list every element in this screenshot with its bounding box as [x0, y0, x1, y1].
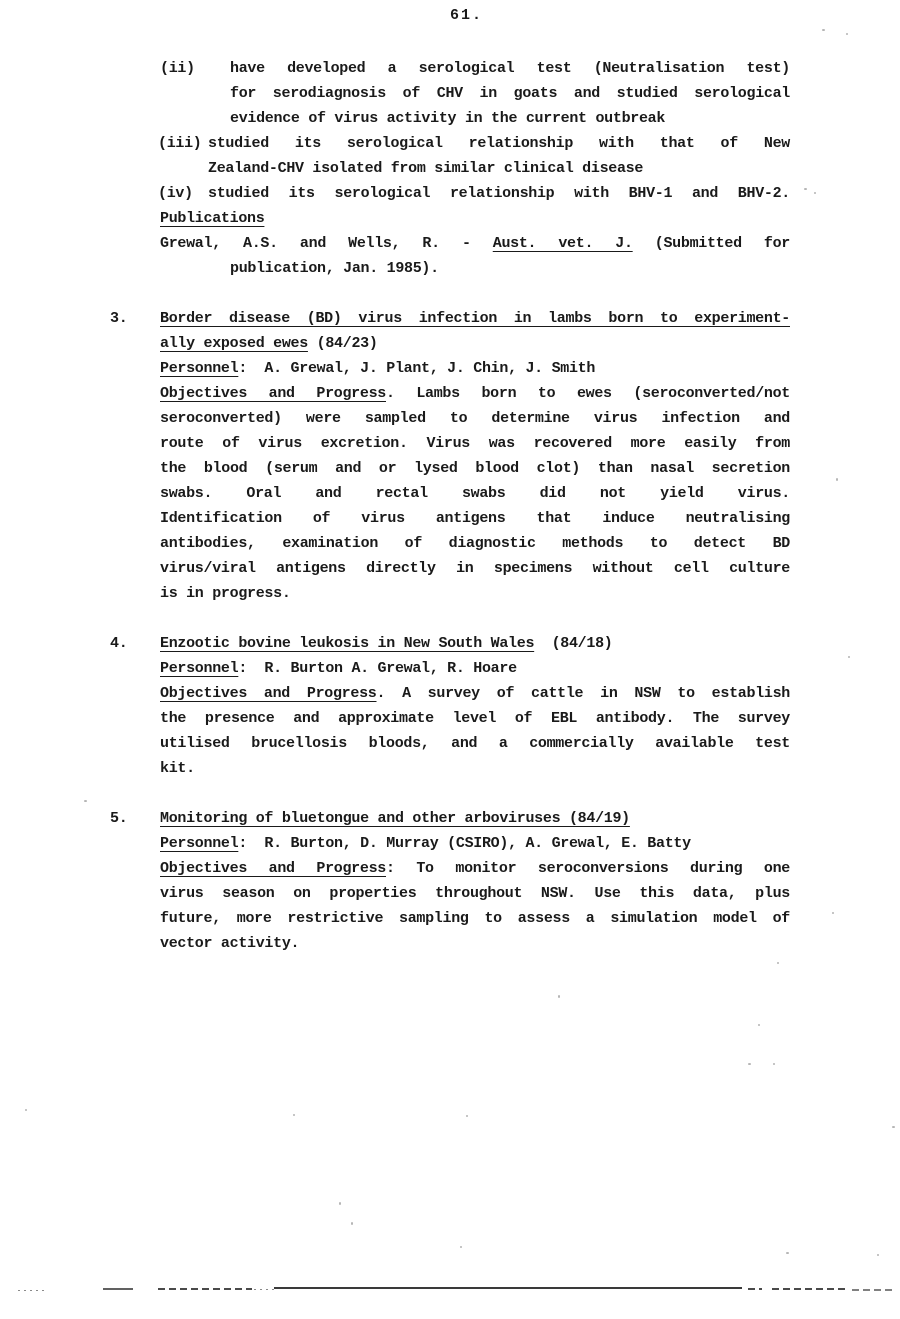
text-line: route of virus excretion. Virus was reco… [160, 431, 790, 456]
text-segment: Objectives and Progress [160, 385, 386, 402]
text-segment: : R. Burton A. Grewal, R. Hoare [238, 660, 516, 677]
text-line: (ii)have developed a serological test (N… [230, 56, 790, 81]
text-line: ally exposed ewes (84/23) [160, 331, 790, 356]
text-line: for serodiagnosis of CHV in goats and st… [230, 81, 790, 106]
text-segment: seroconverted) were sampled to determine… [160, 410, 790, 427]
text-segment: route of virus excretion. Virus was reco… [160, 435, 790, 452]
text-line: (iv)studied its serological relationship… [208, 181, 790, 206]
text-segment: . A survey of cattle in NSW to establish [377, 685, 791, 702]
blank-line [0, 281, 900, 306]
text-segment: Identification of virus antigens that in… [160, 510, 790, 527]
scan-rule-segment [158, 1288, 252, 1290]
text-segment: Publications [160, 210, 264, 227]
text-line: Objectives and Progress. A survey of cat… [160, 681, 790, 706]
text-line: publication, Jan. 1985). [230, 256, 790, 281]
scan-speckle [814, 192, 816, 194]
page-number: 61. [450, 7, 483, 24]
text-segment: studied its serological relationship wit… [208, 185, 790, 202]
text-segment: (84/18) [534, 635, 612, 652]
document-body: (ii)have developed a serological test (N… [0, 56, 900, 956]
text-segment: have developed a serological test (Neutr… [230, 60, 790, 77]
scan-speckle [748, 1063, 751, 1065]
text-segment: antibodies, examination of diagnostic me… [160, 535, 790, 552]
text-line: kit. [160, 756, 790, 781]
list-marker: (iii) [158, 131, 202, 156]
scan-speckle [558, 995, 560, 998]
section-number: 5. [110, 806, 127, 831]
scan-speckle [892, 1126, 895, 1128]
text-line: Grewal, A.S. and Wells, R. - Aust. vet. … [160, 231, 790, 256]
text-segment: : A. Grewal, J. Plant, J. Chin, J. Smith [238, 360, 595, 377]
text-segment: studied its serological relationship wit… [208, 135, 790, 152]
text-line: evidence of virus activity in the curren… [230, 106, 790, 131]
text-line: virus/viral antigens directly in specime… [160, 556, 790, 581]
text-line: utilised brucellosis bloods, and a comme… [160, 731, 790, 756]
text-segment: Border disease (BD) virus infection in l… [160, 310, 790, 327]
text-segment: for serodiagnosis of CHV in goats and st… [230, 85, 790, 102]
scan-speckle [786, 1252, 789, 1254]
text-segment: Grewal, A.S. and Wells, R. - [160, 235, 493, 252]
blank-line [0, 781, 900, 806]
text-line: Personnel: R. Burton A. Grewal, R. Hoare [160, 656, 790, 681]
scan-speckle [460, 1246, 462, 1248]
document-page: 61. (ii)have developed a serological tes… [0, 0, 900, 1319]
text-segment: publication, Jan. 1985). [230, 260, 439, 277]
text-segment: : To monitor seroconversions during one [386, 860, 790, 877]
text-line: seroconverted) were sampled to determine… [160, 406, 790, 431]
text-segment: . Lambs born to ewes (seroconverted/not [386, 385, 790, 402]
scan-rule-segment [103, 1288, 133, 1290]
text-segment: Personnel [160, 360, 238, 377]
text-segment: Personnel [160, 835, 238, 852]
text-segment: swabs. Oral and rectal swabs did not yie… [160, 485, 790, 502]
scan-speckle [836, 478, 838, 481]
list-marker: (ii) [160, 56, 195, 81]
scan-speckle [822, 29, 825, 31]
scan-speckle [351, 1222, 353, 1225]
scan-rule-segment [772, 1288, 846, 1290]
scan-speckle [773, 1063, 775, 1065]
text-line: 5.Monitoring of bluetongue and other arb… [160, 806, 790, 831]
section-number: 4. [110, 631, 127, 656]
scan-speckle [832, 912, 834, 914]
text-segment: Zealand-CHV isolated from similar clinic… [208, 160, 643, 177]
text-segment: Objectives and Progress [160, 860, 386, 877]
text-segment: Objectives and Progress [160, 685, 377, 702]
text-line: (iii)studied its serological relationshi… [208, 131, 790, 156]
text-segment: ally exposed ewes [160, 335, 308, 352]
text-line: Objectives and Progress. Lambs born to e… [160, 381, 790, 406]
text-line: Identification of virus antigens that in… [160, 506, 790, 531]
scan-rule-segment [274, 1287, 742, 1289]
text-line: Zealand-CHV isolated from similar clinic… [208, 156, 790, 181]
text-segment: the blood (serum and or lysed blood clot… [160, 460, 790, 477]
scan-rule-segment [18, 1290, 46, 1291]
scan-speckle [339, 1202, 341, 1205]
text-segment: virus/viral antigens directly in specime… [160, 560, 790, 577]
text-segment: utilised brucellosis bloods, and a comme… [160, 735, 790, 752]
scan-speckle [758, 1024, 760, 1026]
text-line: the blood (serum and or lysed blood clot… [160, 456, 790, 481]
text-segment: (84/23) [308, 335, 378, 352]
list-marker: (iv) [158, 181, 193, 206]
text-line: Personnel: A. Grewal, J. Plant, J. Chin,… [160, 356, 790, 381]
scan-speckle [84, 800, 87, 802]
text-segment: : R. Burton, D. Murray (CSIRO), A. Grewa… [238, 835, 690, 852]
scan-speckle [848, 656, 850, 658]
text-segment: Enzootic bovine leukosis in New South Wa… [160, 635, 534, 652]
text-segment: Aust. vet. J. [493, 235, 633, 252]
scan-speckle [466, 1115, 468, 1117]
section-number: 3. [110, 306, 127, 331]
text-line: vector activity. [160, 931, 790, 956]
text-line: future, more restrictive sampling to ass… [160, 906, 790, 931]
text-line: antibodies, examination of diagnostic me… [160, 531, 790, 556]
scan-speckle [25, 1109, 27, 1111]
scan-rule-segment [852, 1289, 892, 1291]
scan-speckle [777, 962, 779, 964]
text-line: the presence and approximate level of EB… [160, 706, 790, 731]
text-segment: evidence of virus activity in the curren… [230, 110, 665, 127]
scan-speckle [877, 1254, 879, 1256]
text-segment: Monitoring of bluetongue and other arbov… [160, 810, 630, 827]
scan-speckle [846, 33, 848, 35]
text-line: 3.Border disease (BD) virus infection in… [160, 306, 790, 331]
scan-speckle [293, 1114, 295, 1116]
scan-speckle [804, 188, 807, 190]
text-segment: kit. [160, 760, 195, 777]
text-line: Personnel: R. Burton, D. Murray (CSIRO),… [160, 831, 790, 856]
text-line: virus season on properties throughout NS… [160, 881, 790, 906]
text-segment: the presence and approximate level of EB… [160, 710, 790, 727]
text-segment: virus season on properties throughout NS… [160, 885, 790, 902]
text-segment: vector activity. [160, 935, 299, 952]
text-line: Objectives and Progress: To monitor sero… [160, 856, 790, 881]
scan-rule-segment [254, 1289, 274, 1290]
text-segment: future, more restrictive sampling to ass… [160, 910, 790, 927]
text-segment: is in progress. [160, 585, 291, 602]
text-line: is in progress. [160, 581, 790, 606]
scan-rule-segment [748, 1288, 762, 1290]
text-line: swabs. Oral and rectal swabs did not yie… [160, 481, 790, 506]
blank-line [0, 606, 900, 631]
text-segment: (Submitted for [633, 235, 790, 252]
text-segment: Personnel [160, 660, 238, 677]
text-line: 4.Enzootic bovine leukosis in New South … [160, 631, 790, 656]
text-line: Publications [160, 206, 790, 231]
